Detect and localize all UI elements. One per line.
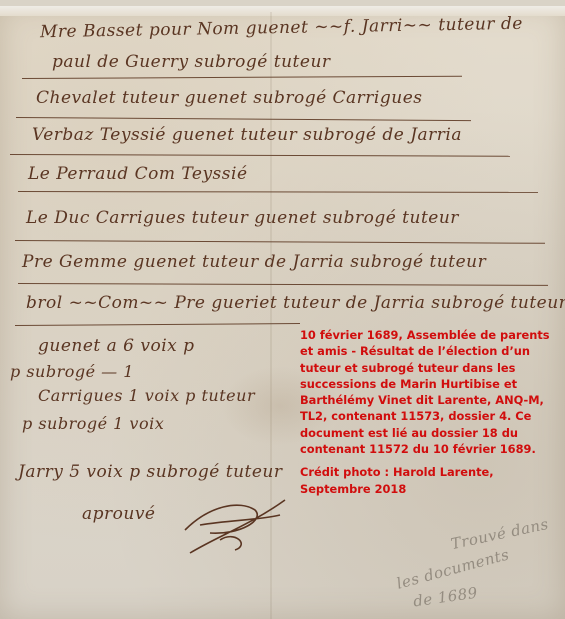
manuscript-line: p subrogé — 1 (10, 362, 134, 381)
signature-flourish (180, 495, 290, 560)
manuscript-line: Le Duc Carrigues tuteur guenet subrogé t… (26, 208, 459, 228)
manuscript-line: Jarry 5 voix p subrogé tuteur (18, 462, 283, 482)
manuscript-line: brol ~~Com~~ Pre gueriet tuteur de Jarri… (26, 293, 565, 313)
manuscript-line: Le Perraud Com Teyssié (28, 164, 248, 184)
manuscript-line: aprouvé (82, 504, 156, 524)
manuscript-line: p subrogé 1 voix (22, 414, 164, 433)
manuscript-line: Pre Gemme guenet tuteur de Jarria subrog… (22, 252, 486, 272)
manuscript-line: Verbaz Teyssié guenet tuteur subrogé de … (32, 125, 462, 145)
photo-caption: 10 février 1689, Assemblée de parents et… (300, 327, 562, 497)
manuscript-line: paul de Guerry subrogé tuteur (52, 52, 331, 72)
manuscript-line: Carrigues 1 voix p tuteur (38, 386, 255, 405)
manuscript-line: Chevalet tuteur guenet subrogé Carrigues (36, 88, 423, 108)
photo-credit: Crédit photo : Harold Larente, Septembre… (300, 464, 562, 497)
caption-description: 10 février 1689, Assemblée de parents et… (300, 327, 562, 457)
manuscript-line: guenet a 6 voix p (38, 336, 195, 356)
